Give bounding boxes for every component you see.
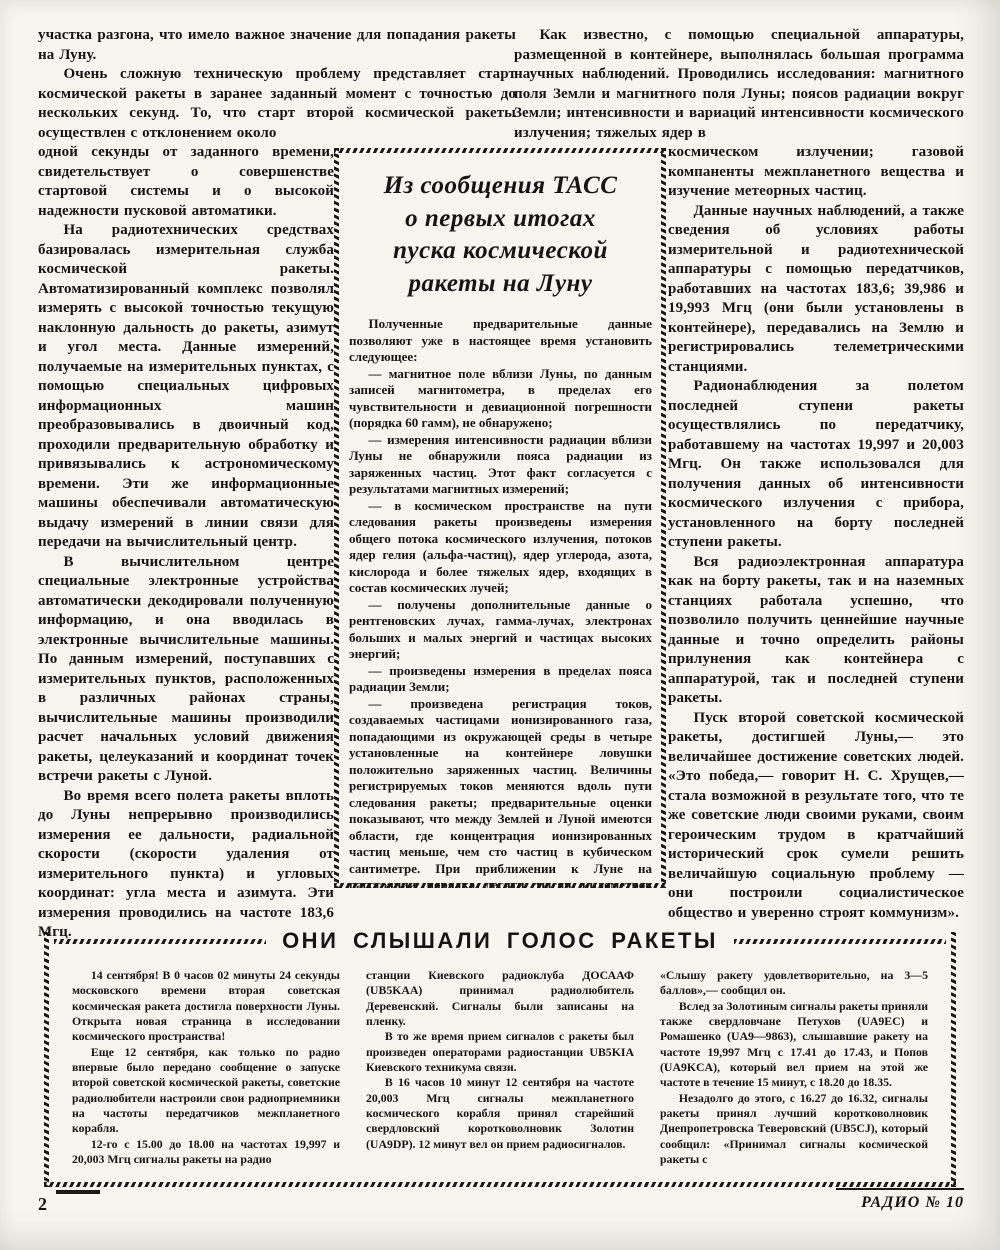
wavy-border-left (334, 148, 339, 888)
magazine-title-footer: РАДИО № 10 (861, 1194, 964, 1212)
magazine-page: участка разгона, что имело важное значен… (0, 0, 1000, 1250)
article-paragraph: Вслед за Золотиным сигналы ракеты принял… (660, 999, 928, 1091)
tass-title-line: о первых итогах (349, 203, 652, 236)
article-paragraph: Незадолго до этого, с 16.27 до 16.32, си… (660, 1091, 928, 1168)
bottom-box-title-row: ОНИ СЛЫШАЛИ ГОЛОС РАКЕТЫ (44, 918, 956, 954)
article-paragraph: Пуск второй советской космической ракеты… (668, 709, 964, 924)
left-column-wide-section: участка разгона, что имело важное значен… (38, 26, 516, 143)
tass-report-box: Из сообщения ТАСС о первых итогах пуска … (334, 148, 666, 888)
bottom-box-column-1: 14 сентября! В 0 часов 02 минуты 24 секу… (72, 968, 340, 1167)
article-paragraph: 14 сентября! В 0 часов 02 минуты 24 секу… (72, 968, 340, 1045)
right-column-narrow-section: космическом излучении; газовой компанент… (668, 143, 964, 923)
page-number: 2 (38, 1194, 47, 1215)
article-paragraph: В то же время прием сигналов с ракеты бы… (366, 1029, 634, 1075)
footer-rule-left (56, 1190, 100, 1194)
article-paragraph: Очень сложную техническую проблему предс… (38, 65, 516, 143)
article-paragraph: одной секунды от заданного времени, свид… (38, 143, 334, 221)
article-paragraph: Вся радиоэлектронная аппаратура как на б… (668, 553, 964, 709)
tass-list-item: — магнитное поле вблизи Луны, по данным … (349, 366, 652, 432)
article-paragraph: участка разгона, что имело важное значен… (38, 26, 516, 65)
footer-rule-right (836, 1188, 964, 1190)
wavy-rule-left (54, 939, 266, 944)
tass-box-content: Из сообщения ТАСС о первых итогах пуска … (334, 148, 666, 888)
article-paragraph: космическом излучении; газовой компанент… (668, 143, 964, 202)
wavy-rule-right (734, 939, 946, 944)
article-paragraph: «Слышу ракету удовлетворительно, на 3—5 … (660, 968, 928, 999)
tass-title-line: ракеты на Луну (349, 268, 652, 301)
bottom-box-columns: 14 сентября! В 0 часов 02 минуты 24 секу… (44, 954, 956, 1187)
article-paragraph: В вычислительном центре специальные элек… (38, 553, 334, 787)
bottom-box-column-2: станции Киевского радиоклуба ДОСААФ (UB5… (366, 968, 634, 1167)
wavy-border-right (661, 148, 666, 888)
tass-title-line: пуска космической (349, 235, 652, 268)
tass-box-title: Из сообщения ТАСС о первых итогах пуска … (349, 170, 652, 300)
tass-list-item: — произведена регистрация токов, создава… (349, 696, 652, 889)
article-paragraph: Радионаблюдения за полетом последней сту… (668, 377, 964, 553)
bottom-feature-box: ОНИ СЛЫШАЛИ ГОЛОС РАКЕТЫ 14 сентября! В … (44, 918, 956, 1187)
article-paragraph: В 16 часов 10 минут 12 сентября на часто… (366, 1075, 634, 1152)
wavy-border-right (951, 932, 956, 1187)
wavy-border-bottom (334, 883, 666, 888)
tass-paragraph: Полученные предварительные данные позвол… (349, 316, 652, 366)
tass-box-body: Полученные предварительные данные позвол… (349, 316, 652, 888)
article-paragraph: станции Киевского радиоклуба ДОСААФ (UB5… (366, 968, 634, 1029)
wavy-border-bottom (44, 1182, 956, 1187)
right-column-wide-section: Как известно, с помощью специальной аппа… (514, 26, 964, 143)
article-paragraph: Еще 12 сентября, как только по радио впе… (72, 1045, 340, 1137)
article-paragraph: Как известно, с помощью специальной аппа… (514, 26, 964, 143)
tass-list-item: — получены дополнительные данные о рентг… (349, 597, 652, 663)
bottom-box-column-3: «Слышу ракету удовлетворительно, на 3—5 … (660, 968, 928, 1167)
bottom-box-title: ОНИ СЛЫШАЛИ ГОЛОС РАКЕТЫ (282, 928, 718, 954)
tass-list-item: — измерения интенсивности радиации вблиз… (349, 432, 652, 498)
tass-list-item: — произведены измерения в пределах пояса… (349, 663, 652, 696)
article-paragraph: Данные научных наблюдений, а также сведе… (668, 202, 964, 378)
article-paragraph: На радиотехнических средствах базировала… (38, 221, 334, 553)
wavy-border-left (44, 932, 49, 1187)
left-column-narrow-section: одной секунды от заданного времени, свид… (38, 143, 334, 943)
tass-title-line: Из сообщения ТАСС (349, 170, 652, 203)
wavy-border-top (334, 148, 666, 153)
tass-list-item: — в космическом пространстве на пути сле… (349, 498, 652, 597)
article-paragraph: 12-го с 15.00 до 18.00 на частотах 19,99… (72, 1137, 340, 1168)
